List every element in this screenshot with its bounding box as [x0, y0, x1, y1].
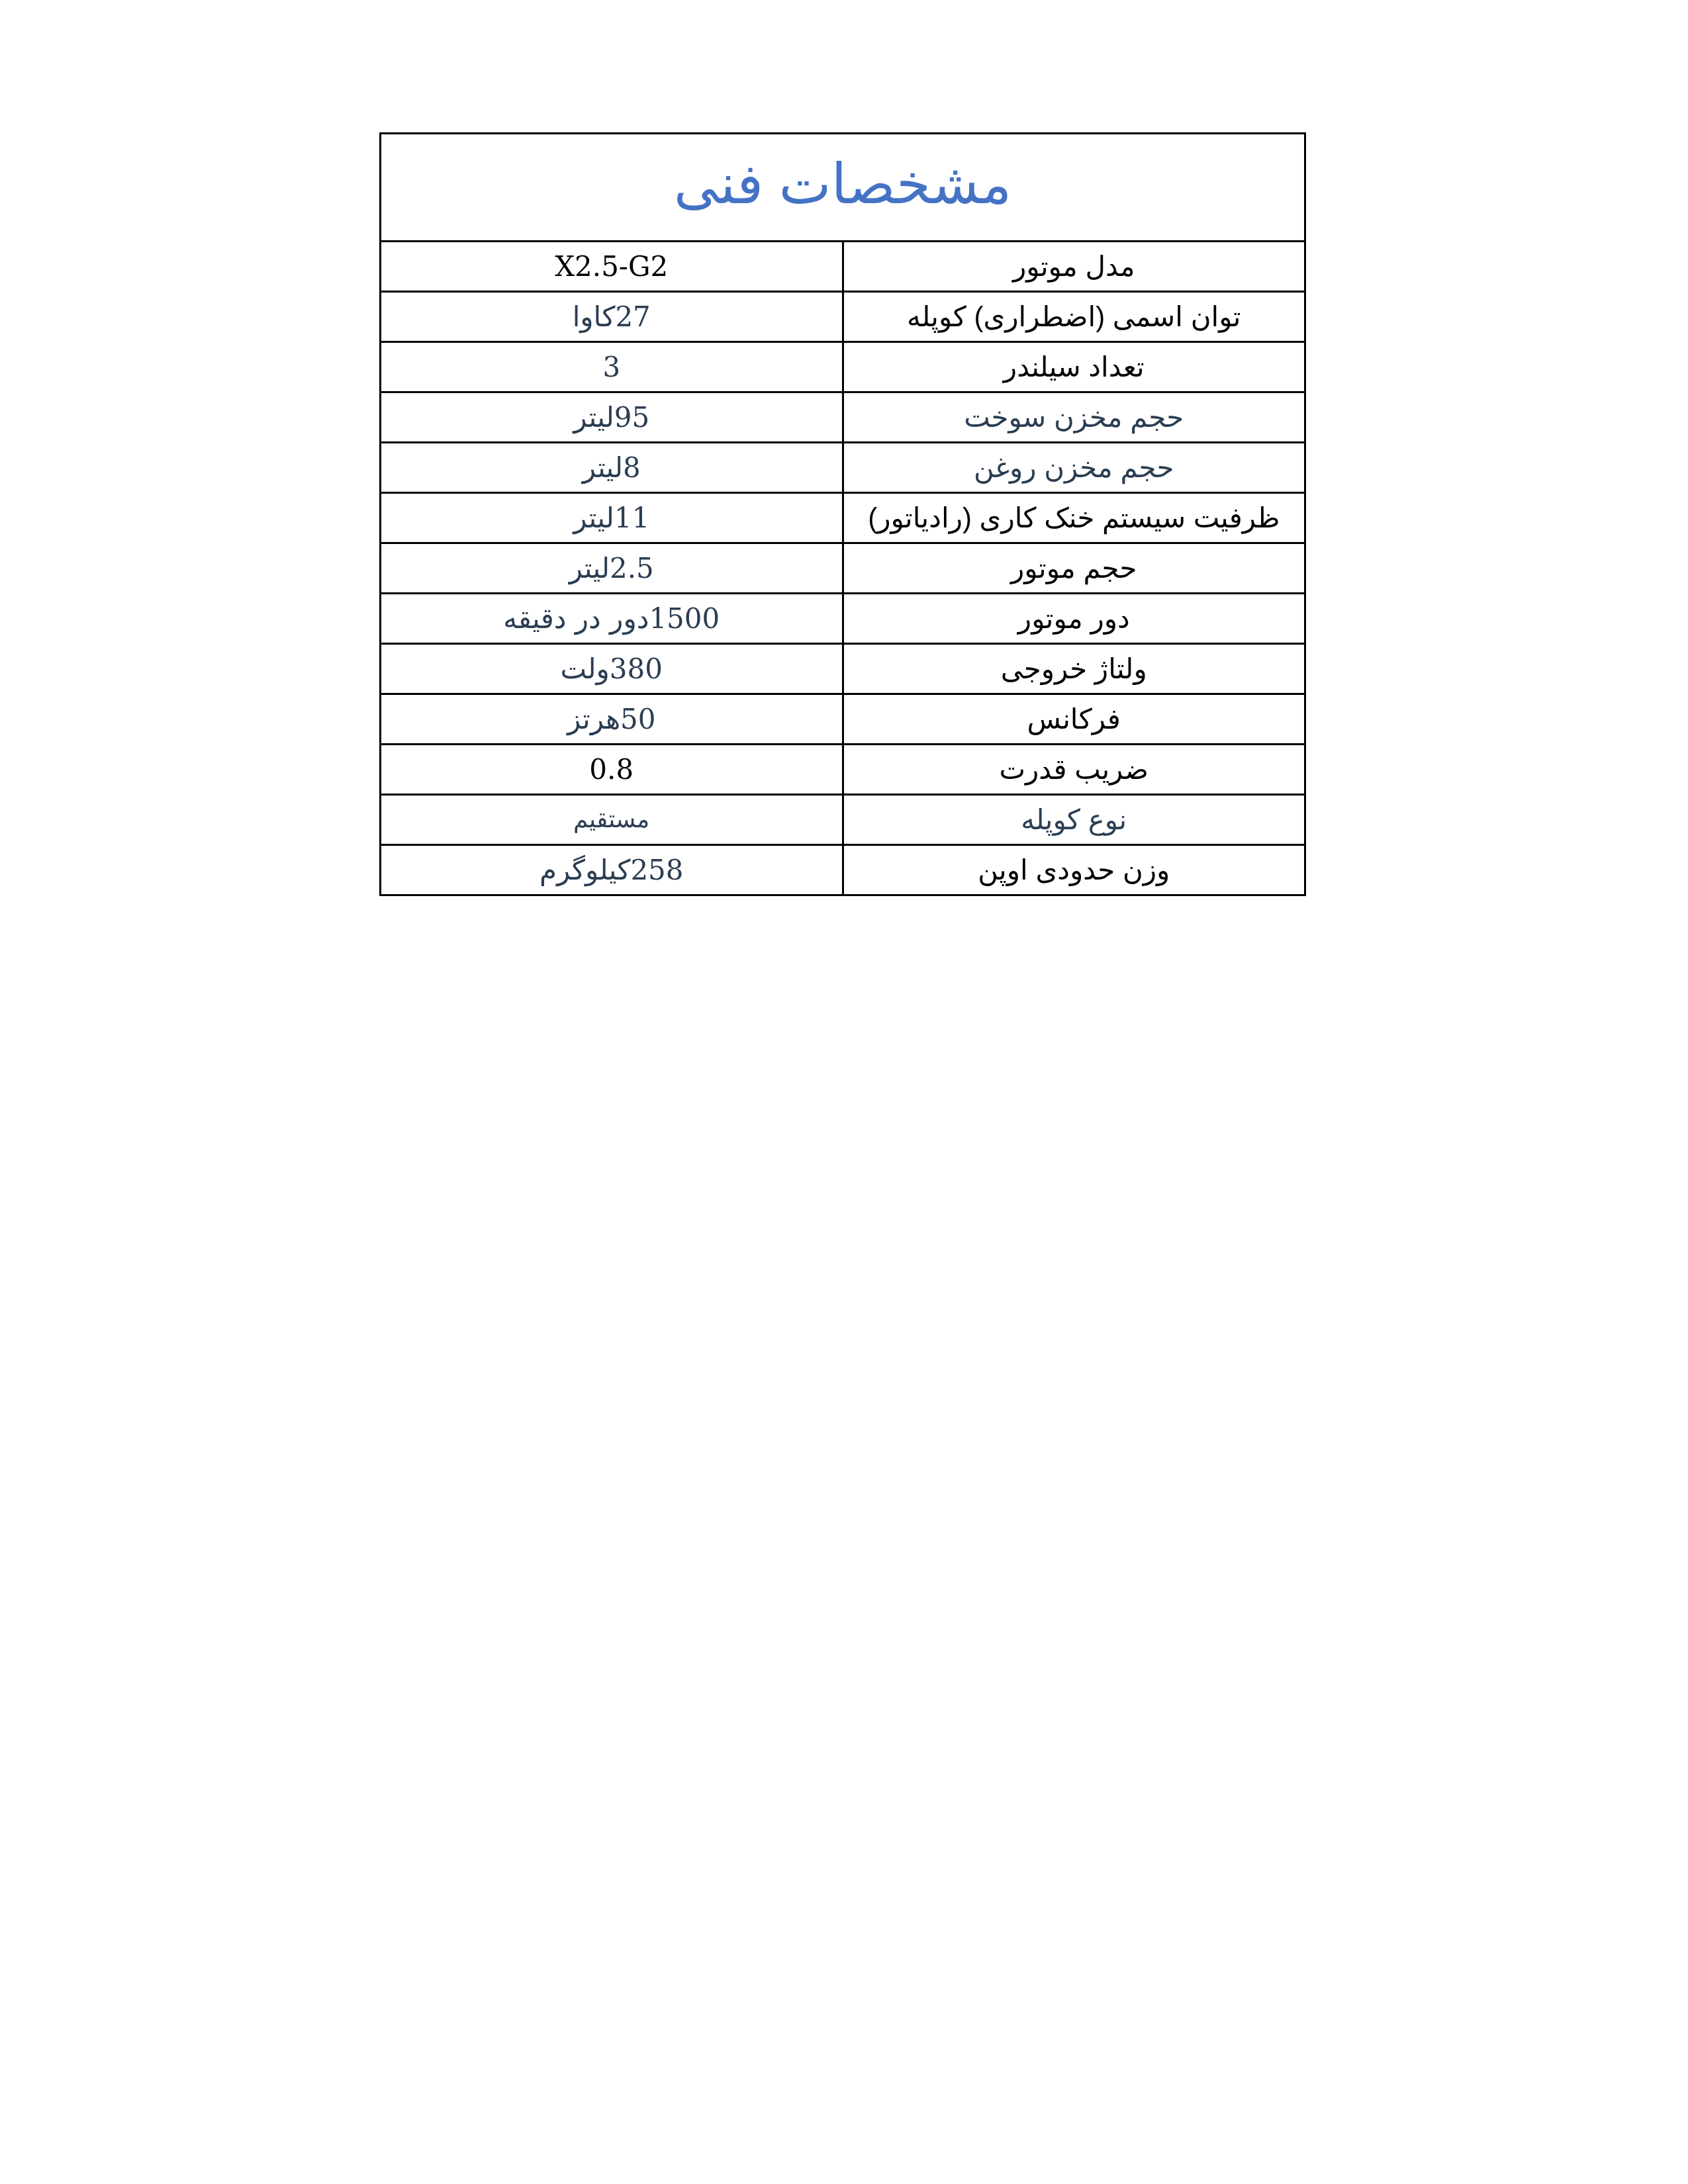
- spec-label-output-voltage: ولتاژ خروجی: [843, 644, 1305, 694]
- spec-label-approx-weight: وزن حدودی اوپن: [843, 845, 1305, 895]
- spec-value-frequency: 50هرتز: [381, 694, 843, 745]
- spec-value-engine-displacement: 2.5لیتر: [381, 543, 843, 594]
- table-row: حجم موتور 2.5لیتر: [381, 543, 1305, 594]
- spec-value-fuel-tank: 95لیتر: [381, 392, 843, 443]
- spec-label-engine-model: مدل موتور: [843, 242, 1305, 292]
- spec-value-cylinders: 3: [381, 342, 843, 392]
- spec-value-coupling-type: مستقیم: [381, 795, 843, 845]
- table-row: حجم مخزن سوخت 95لیتر: [381, 392, 1305, 443]
- table-row: توان اسمی (اضطراری) کوپله 27کاوا: [381, 292, 1305, 342]
- table-row: ظرفیت سیستم خنک کاری (رادیاتور) 11لیتر: [381, 493, 1305, 543]
- specifications-table: مشخصات فنی مدل موتور X2.5-G2 توان اسمی (…: [379, 132, 1306, 896]
- table-row: مدل موتور X2.5-G2: [381, 242, 1305, 292]
- spec-label-cylinders: تعداد سیلندر: [843, 342, 1305, 392]
- document-page: مشخصات فنی مدل موتور X2.5-G2 توان اسمی (…: [0, 0, 1688, 2184]
- spec-value-engine-speed: 1500دور در دقیقه: [381, 594, 843, 644]
- spec-value-output-voltage: 380ولت: [381, 644, 843, 694]
- spec-value-rated-power: 27کاوا: [381, 292, 843, 342]
- spec-value-oil-tank: 8لیتر: [381, 443, 843, 493]
- spec-label-coupling-type: نوع کوپله: [843, 795, 1305, 845]
- table-row: فرکانس 50هرتز: [381, 694, 1305, 745]
- spec-label-fuel-tank: حجم مخزن سوخت: [843, 392, 1305, 443]
- table-row: ضریب قدرت 0.8: [381, 745, 1305, 795]
- spec-value-cooling-capacity: 11لیتر: [381, 493, 843, 543]
- spec-label-engine-displacement: حجم موتور: [843, 543, 1305, 594]
- spec-label-power-factor: ضریب قدرت: [843, 745, 1305, 795]
- spec-label-oil-tank: حجم مخزن روغن: [843, 443, 1305, 493]
- table-row: نوع کوپله مستقیم: [381, 795, 1305, 845]
- spec-label-engine-speed: دور موتور: [843, 594, 1305, 644]
- spec-label-cooling-capacity: ظرفیت سیستم خنک کاری (رادیاتور): [843, 493, 1305, 543]
- title-row: مشخصات فنی: [381, 134, 1305, 242]
- table-row: حجم مخزن روغن 8لیتر: [381, 443, 1305, 493]
- spec-value-approx-weight: 258کیلوگرم: [381, 845, 843, 895]
- spec-value-power-factor: 0.8: [381, 745, 843, 795]
- table-row: دور موتور 1500دور در دقیقه: [381, 594, 1305, 644]
- table-row: وزن حدودی اوپن 258کیلوگرم: [381, 845, 1305, 895]
- table-title: مشخصات فنی: [381, 134, 1305, 242]
- table-row: تعداد سیلندر 3: [381, 342, 1305, 392]
- spec-label-frequency: فرکانس: [843, 694, 1305, 745]
- spec-label-rated-power: توان اسمی (اضطراری) کوپله: [843, 292, 1305, 342]
- spec-value-engine-model: X2.5-G2: [381, 242, 843, 292]
- table-row: ولتاژ خروجی 380ولت: [381, 644, 1305, 694]
